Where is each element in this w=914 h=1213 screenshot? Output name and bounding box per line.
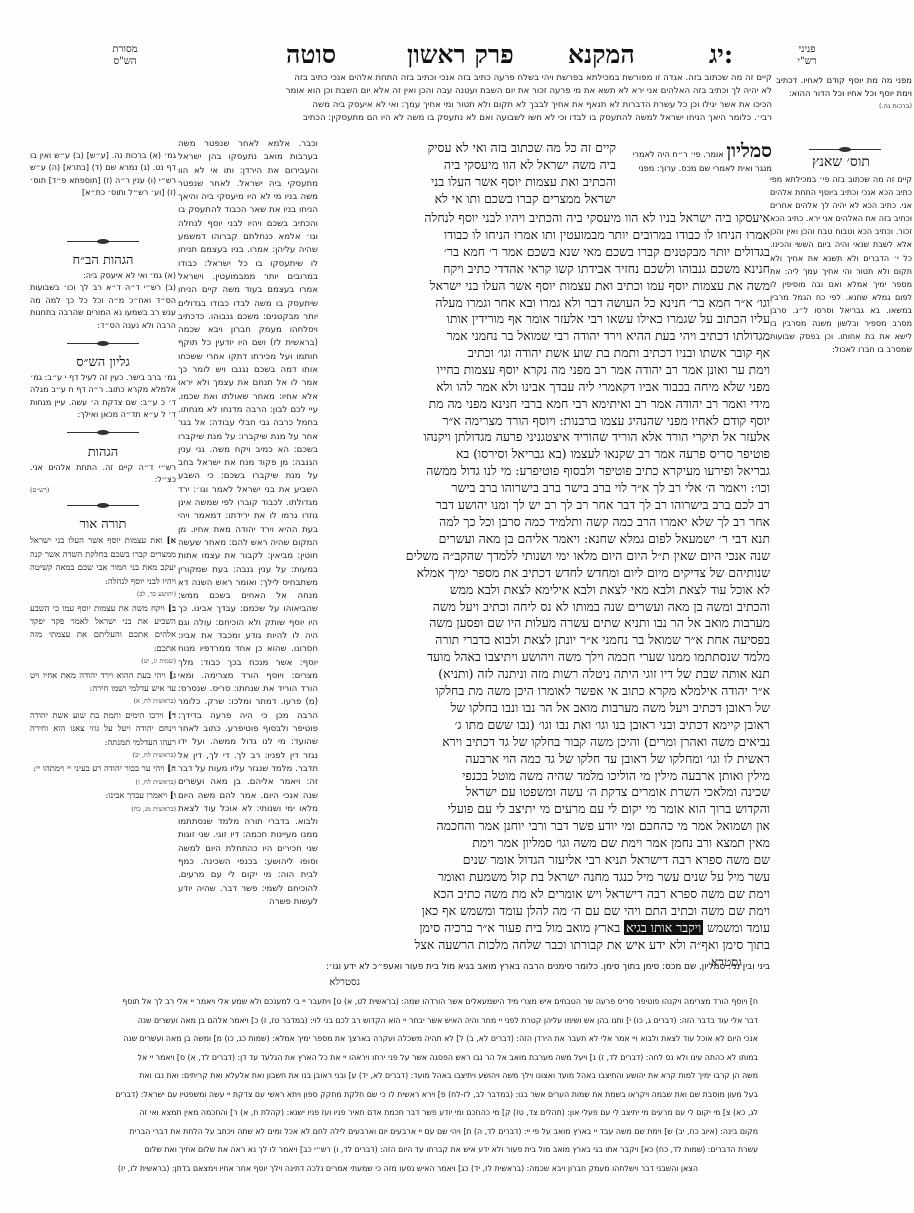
left-margin: גמ׳ (א) ברכות נה. [ע״ש] (ב) ע״ש ואין בו … bbox=[30, 150, 176, 816]
gemara-narrow-lines: קיים זה כל מה שכתוב בזה ואי לא עסיק ביה … bbox=[326, 140, 616, 208]
gemara-line: שנה אנכי היום שאין ת״ל היום היום מלאו ימ… bbox=[324, 548, 770, 565]
label-line: רש"י bbox=[782, 56, 832, 68]
footnote-line: במותו לא כהתה עינו ולא נס לחה: (דברים לד… bbox=[78, 1049, 758, 1068]
gemara-line: וימת ער ואונן אמר רב יהודה אמר רב מפני מ… bbox=[324, 362, 770, 379]
gemara-line: תנא דבי ר׳ ישמעאל לפום גמלא שחנא: ויאמר … bbox=[324, 531, 770, 548]
gemara-line: שם משה ספרא רבה דישראל תניא רבי אליעזר ה… bbox=[324, 852, 770, 869]
verse-text: ויהי ער בכור יהודה רע בעיני יי וימתהו יי… bbox=[33, 763, 165, 773]
gemara-line-highlight: עומד ומשמש ויקבר אותו בגיא בארץ מואב מול… bbox=[324, 920, 770, 937]
torah-ohr-verse: ד] וירבו הימים ותמת בת שוע אשת יהודה וינ… bbox=[30, 709, 176, 763]
label-line: הש"ס bbox=[95, 56, 155, 68]
hagahot-item: (ב) רש״י ד״ה ד״א רב לך וכו׳ בשבועות הס״ד… bbox=[30, 282, 176, 332]
rashi-continuation: ביני ובין נני: סמליון, שם מכס: סימן בתוך… bbox=[178, 960, 770, 974]
chapter-name: המקנא bbox=[568, 40, 635, 70]
gemara-line: שנותיהם של צדיקים מיום ליום ומחדש לחדש ד… bbox=[324, 565, 770, 582]
ornament-divider bbox=[30, 500, 176, 510]
torah-ohr-verse: ו] ויאמרו עבדך אבינו: (בראשית מג, כח) bbox=[30, 789, 176, 816]
verse-mark: ה] bbox=[167, 763, 176, 773]
gemara-line: אלעזר אל תיקרי הורד אלא הוריד שהוריד איצ… bbox=[324, 429, 770, 446]
gemara-line: חנינא משכם גנבוהו ולשכם נחזיר אבידתו קשו… bbox=[324, 261, 770, 278]
source-ref: (ברכות נה.) bbox=[776, 100, 912, 113]
source-ref: (בראשית לח, ז) bbox=[30, 776, 176, 789]
gilyon-hashas-text: גמ׳ ברב בישר. כעין זה לעיל דף י ע״ב: גמ׳… bbox=[30, 372, 176, 422]
gemara-line: רב לכם ברב בישרוהו רב לך דבר אחר רב לך ר… bbox=[324, 497, 770, 514]
masoret-hashas-label: מסורת הש"ס bbox=[95, 44, 155, 68]
gemara-line: יוסף קודם לאחיו מפני שהנהיג עצמו ברבנות:… bbox=[324, 413, 770, 430]
gemara-line: וכו׳: ויאמר ה׳ אלי רב לך א״ר לוי ברב ביש… bbox=[324, 480, 770, 497]
gemara-line: והקדוש ברוך הוא אומר מי יקום לי עם מרעים… bbox=[324, 801, 770, 818]
verse-text: ויהי בעת ההוא וירד יהודה מאת אחיו ויט עד… bbox=[30, 670, 176, 693]
gemara-line: מילין ואותן ארבעה מילין מי הוליכו מלמד ש… bbox=[324, 768, 770, 785]
torah-ohr-verse: ג] ויהי בעת ההוא וירד יהודה מאת אחיו ויט… bbox=[30, 669, 176, 709]
hagahot-text: רש״י ד״ה קיים זה. התחת אלהים אני. כצ״ל: bbox=[30, 462, 176, 487]
verse-text: ויקח משה את עצמות יוסף עמו כי השבע השביע… bbox=[30, 603, 176, 653]
highlighted-phrase[interactable]: ויקבר אותו בגיא bbox=[624, 920, 703, 935]
torah-ohr-verse: ה] ויהי ער בכור יהודה רע בעיני יי וימתהו… bbox=[30, 762, 176, 789]
rashi-line: קיים זה מה שכתוב בזה. אגדה זו מפורשת במכ… bbox=[178, 72, 772, 85]
gemara-line: א״ר יהודה אילמלא מקרא כתוב אי אפשר לאומר… bbox=[324, 683, 770, 700]
footnote-line: משה הן קרבו ימיך למות קרא את יהושע והתיצ… bbox=[78, 1067, 758, 1086]
verse-text: ויאמרו עבדך אבינו: bbox=[105, 790, 167, 800]
verse-mark: א] bbox=[167, 535, 176, 545]
rashi-column: וכבר. אלמא לאחר שנפטר משה בערבות מואב נת… bbox=[178, 138, 318, 958]
footnote-verses: ח] ויוסף הורד מצרימה ויקנהו פוטיפר סריס … bbox=[78, 993, 758, 1178]
label-line: פניני bbox=[782, 44, 832, 56]
rashi-line: רבי׳. כלומר היאך הניחו ישראל למשה להתעסק… bbox=[178, 112, 772, 125]
gemara-line: והכתיב ואת עצמות יוסף אשר העלו בני bbox=[326, 174, 616, 191]
gemara-line: נביאים משה ואהרן ומרים) והיכן משה קבור ב… bbox=[324, 734, 770, 751]
verse-text: ואת עצמות יוסף אשר העלו בני ישראל ממצרים… bbox=[30, 535, 176, 585]
rashi-column-text: וכבר. אלמא לאחר שנפטר משה בערבות מואב נת… bbox=[178, 139, 318, 907]
gemara-line: וגו׳ א״ר חמא בר׳ חנינא כל העושה דבר ולא … bbox=[324, 295, 770, 312]
tractate-name: סוטה bbox=[286, 40, 336, 70]
hagahot-item: (א) גמ׳ ואי לא איעסק ביה: bbox=[30, 270, 176, 282]
gemara-line: עשר מיל על שנים עשר מיל כנגד מחנה ישראל … bbox=[324, 869, 770, 886]
rashi-top-block: קיים זה מה שכתוב בזה. אגדה זו מפורשת במכ… bbox=[178, 72, 772, 138]
source-ref: (שמות יג, יט) bbox=[30, 655, 176, 668]
gemara-line: גבריאל ופירעו מעיקרא כתיב פוטיפר ולבסוף … bbox=[324, 463, 770, 480]
gemara-line: אף קובר אשתו ובניו דכתיב ותמת בת שוע אשת… bbox=[324, 345, 770, 362]
gemara-line: של ראובן דכתיב ויעל משה מערבות מואב אל ה… bbox=[324, 700, 770, 717]
gemara-line: פוטיפר סריס פרעה אמר רב שקנאו לעצמו (בא … bbox=[324, 446, 770, 463]
footnote-line: אנכי היום לא אוכל עוד לצאת ולבוא ויי אמר… bbox=[78, 1030, 758, 1049]
gemara-line: ראובן קיימא דכתיב ובני ראובן בנו וגו׳ וא… bbox=[324, 717, 770, 734]
ornament-divider bbox=[30, 428, 176, 438]
gemara-line: בגדולים יותר מבקטנים קברו בשכם מאי שנא ב… bbox=[324, 244, 770, 261]
gemara-line: ישראל ממצרים קברו בשכם ותו אי לא bbox=[326, 191, 616, 208]
gemara-line: מגדולתו דכתיב ויהי בעת ההיא וירד יהודה ר… bbox=[324, 328, 770, 345]
rashi-line: הכיכו את אשר יגילו וכן כל עשרת הדברות לא… bbox=[178, 99, 772, 112]
torah-ohr-verse: א] ואת עצמות יוסף אשר העלו בני ישראל ממצ… bbox=[30, 534, 176, 601]
verse-mark: ד] bbox=[168, 710, 176, 720]
rashi-line: לא יהיה לך וכתיב בזה האלהים אני ירא לא ת… bbox=[178, 85, 772, 98]
hagahot-habach-title: הגהות הב״ח bbox=[30, 252, 176, 268]
gemara-line: שכינה ומלאכי השרת אומרים צדקת ה׳ עשה ומש… bbox=[324, 784, 770, 801]
gemara-line: איעסקו ביה ישראל בניו לא הוו מיעסקי ביה … bbox=[324, 210, 770, 227]
tosafot-title: תוס׳ שאנץ bbox=[770, 154, 912, 171]
gemara-opening-block: סמליון אומר. פי׳ ר״ח היה לאמרי מנגר ואית… bbox=[622, 140, 772, 174]
source-ref: (יהושע כד, לב) bbox=[30, 588, 176, 601]
gemara-line: בתוך סימן ואף״ה ולא ידע איש את קבורתו וכ… bbox=[324, 937, 770, 954]
tosafot-text: קיים זה מה שכתוב בזה פי׳ במכילתא מפי כתי… bbox=[770, 173, 912, 356]
gemara-line: והכתיב ומשה בן מאה ועשרים שנה במותו לא נ… bbox=[324, 599, 770, 616]
section-marker: גסטרלא bbox=[280, 977, 360, 988]
footnote-line: מקום בינה: (איוב כח, יב) ש] וימת שם משה … bbox=[78, 1123, 758, 1142]
gemara-line: קיים זה כל מה שכתוב בזה ואי לא עסיק bbox=[326, 140, 616, 157]
footnote-line: לג, כא) צ] מי יקום לי עם מרעים מי יתיצב … bbox=[78, 1104, 758, 1123]
gemara-text: עומד ומשמש bbox=[707, 920, 770, 935]
gemara-opening: סמליון אומר. פי׳ ר״ח היה לאמרי מנגר ואית… bbox=[324, 140, 772, 208]
footnote-line: בעל מעון מוסבת שם ואת שבמה ויקראו בשמת א… bbox=[78, 1086, 758, 1105]
verse-mark: ו] bbox=[170, 790, 176, 800]
gemara-text: בארץ מואב מול בית פעור א״ר ברכיה סימן bbox=[419, 920, 620, 935]
torah-ohr-title: תורה אור bbox=[30, 516, 176, 532]
gemara-body-top: איעסקו ביה ישראל בניו לא הוו מיעסקי ביה … bbox=[324, 210, 770, 328]
gemara-line: ביה משה ישראל לא הוו מיעסקי ביה bbox=[326, 157, 616, 174]
verse-mark: ג] bbox=[169, 670, 176, 680]
masoret-hashas-text: גמ׳ (א) ברכות נה. [ע״ש] (ב) ע״ש ואין בו … bbox=[30, 150, 176, 230]
torah-ohr-verse: ב] ויקח משה את עצמות יוסף עמו כי השבע הש… bbox=[30, 602, 176, 669]
source-ref: (בראשית לח, יב) bbox=[30, 749, 176, 762]
folio-number: יג: bbox=[709, 40, 733, 70]
verse-mark: ב] bbox=[168, 603, 176, 613]
gemara-line: און ושמואל אמר מי כהחכם ומי יודע פשר דבר… bbox=[324, 818, 770, 835]
gemara-line: עליו הכתוב על שגמרו כאילו עשאו רבי אלעזר… bbox=[324, 311, 770, 328]
right-rashi-top: מפני מה מת יוסף קודם לאחיו. דכתיב וימת י… bbox=[776, 74, 912, 136]
footnote-line: הצאן והשבני דבר וישלחהו מעמק חברון ויבא … bbox=[78, 1160, 758, 1179]
footnote-line: ח] ויוסף הורד מצרימה ויקנהו פוטיפר סריס … bbox=[78, 993, 758, 1012]
gemara-line: בפסיעה אחת א״ר שמואל בר נחמני א״ר יונתן … bbox=[324, 632, 770, 649]
gemara-line: אמרו הניחו לו כבודו במרובים יותר מבמועטי… bbox=[324, 227, 770, 244]
ornament-divider bbox=[30, 338, 176, 348]
rashi-text: מפני מה מת יוסף קודם לאחיו. דכתיב וימת י… bbox=[776, 75, 912, 98]
chapter-number: פרק ראשון bbox=[407, 40, 514, 70]
gemara-line: תנא אותה שבת של דיו זוגי היתה ניטלה רשות… bbox=[324, 666, 770, 683]
gemara-line: מפני שלא מיחה בכבוד אביו דקאמרי ליה עבדך… bbox=[324, 379, 770, 396]
gemara-line: מידי ואמר רב יהודה אמר רב ואיתימא רבי חמ… bbox=[324, 396, 770, 413]
gemara-line: וימת שם משה וכתיב התם ויהי שם עם ה׳ מה ל… bbox=[324, 903, 770, 920]
source-ref: (בראשית מג, כח) bbox=[30, 803, 176, 816]
gemara-line: משה את עצמות יוסף עמו וכתיב ואת עצמות יו… bbox=[324, 278, 770, 295]
rashi-text: ביני ובין נני: סמליון, שם מכס: סימן בתוך… bbox=[326, 962, 770, 972]
gemara-line: וימת שם משה ספרא רבה דישראל ויש אומרים ל… bbox=[324, 886, 770, 903]
gemara-line: אחר רב לך שלא יאמרו הרב כמה קשה ותלמיד כ… bbox=[324, 514, 770, 531]
verse-text: וירבו הימים ותמת בת שוע אשת יהודה וינחם … bbox=[30, 710, 176, 747]
label-line: מסורת bbox=[95, 44, 155, 56]
footnote-line: עשרת הדברים: (שמות לד, כח) כא] ויקבר אתו… bbox=[78, 1141, 758, 1160]
penini-rashi-label: פניני רש"י bbox=[782, 44, 832, 68]
gemara-line: מאין תמצא ורב נחמן אמר וימת שם משה וגו׳ … bbox=[324, 835, 770, 852]
source-ref: (רש״ם) bbox=[30, 486, 176, 494]
gemara-line: מלמד שנסתתמו ממנו שערי חכמה וילך משה ויה… bbox=[324, 649, 770, 666]
gemara-body: מגדולתו דכתיב ויהי בעת ההיא וירד יהודה ר… bbox=[324, 328, 770, 970]
hagahot-title: הגהות bbox=[30, 444, 176, 460]
ornament-divider bbox=[30, 236, 176, 246]
source-ref: (בראשית לח, א) bbox=[30, 695, 176, 708]
torah-ohr-verses: א] ואת עצמות יוסף אשר העלו בני ישראל ממצ… bbox=[30, 534, 176, 816]
tosafot-column: תוס׳ שאנץ קיים זה מה שכתוב בזה פי׳ במכיל… bbox=[770, 150, 912, 356]
gilyon-hashas-title: גליון הש״ס bbox=[30, 354, 176, 370]
gemara-line: לא אוכל עוד לצאת ולבא מאי לצאת ולבא אילי… bbox=[324, 582, 770, 599]
footnote-line: דבר אלי עוד בדבר הזה: (דברים ג, כו) י] ו… bbox=[78, 1012, 758, 1031]
gemara-line: ראשית לו וגו׳ ומחלקו של ראובן עד חלקו של… bbox=[324, 751, 770, 768]
gemara-opening-word: סמליון bbox=[726, 140, 772, 162]
gemara-line: מערבות מואב אל הר נבו ותניא שתים עשרה מע… bbox=[324, 615, 770, 632]
